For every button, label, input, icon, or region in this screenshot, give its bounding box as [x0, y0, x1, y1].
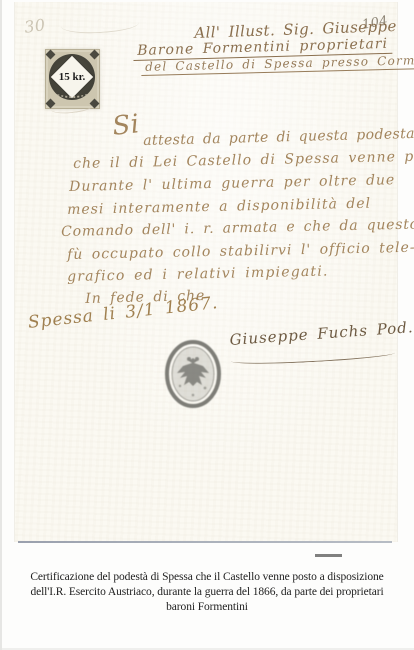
caption-line-1: Certificazione del podestà di Spessa che…	[10, 570, 404, 585]
body-line: mesi interamente a disponibilità del	[67, 196, 371, 218]
caption-line-2: dell'I.R. Esercito Austriaco, durante la…	[10, 585, 404, 600]
caption-line-3: baroni Formentini	[10, 600, 404, 615]
stamp-arc-text	[56, 87, 88, 98]
body-opening-flourish: Si	[111, 109, 141, 142]
signature: Giuseppe Fuchs Pod.	[229, 318, 414, 349]
revenue-stamp: 15 kr.	[45, 49, 100, 109]
signature-flourish	[231, 348, 395, 367]
body-line: Durante l' ultima guerra per oltre due	[69, 172, 395, 195]
body-line: grafico ed i relativi impiegati.	[67, 264, 329, 285]
municipal-seal-icon	[163, 338, 223, 410]
pencil-scribble	[61, 14, 140, 35]
body-line: attesta da parte di questa podestaria	[143, 125, 414, 149]
stamp-medallion: 15 kr.	[49, 54, 95, 100]
scanned-document-page: 30 104 15 kr. All' Illust. Sig. Giuseppe…	[0, 0, 414, 650]
seal-eagle-icon	[163, 338, 223, 410]
divider-line	[18, 541, 392, 543]
pencil-number-top-left: 30	[23, 15, 47, 37]
body-line: che il di Lei Castello di Spessa venne p…	[73, 148, 414, 172]
document-photo: 30 104 15 kr. All' Illust. Sig. Giuseppe…	[14, 2, 398, 542]
body-line: Comando dell' i. r. armata e che da ques…	[61, 217, 414, 240]
caption: Certificazione del podestà di Spessa che…	[10, 570, 404, 615]
body-line: fù occupato collo stabilirvi l' officio …	[67, 240, 414, 263]
scan-artifact-dash	[315, 554, 342, 557]
